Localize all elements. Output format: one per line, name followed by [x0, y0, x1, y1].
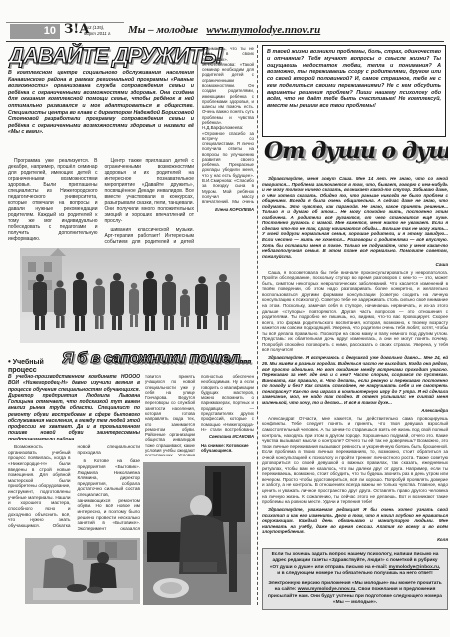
article2-author: Светлана ИСАКОВА	[196, 434, 254, 442]
header-rule	[6, 41, 444, 42]
workshop-photo2-illustration	[25, 538, 140, 604]
article1-photo	[20, 248, 240, 343]
letter-signature: Александра	[262, 408, 448, 414]
email-link: mymolodye@inbox.ru	[389, 565, 439, 570]
article2-body: Возможность организовать учебный процесс…	[8, 444, 140, 534]
article1-author: Елена КОРОЛЕВА	[186, 207, 254, 215]
column-divider	[257, 45, 258, 605]
article2-photo-secondary	[25, 538, 140, 604]
masthead-url: www.mymolodye.nnov.ru	[206, 24, 320, 36]
article1-intro: В комплексном центре социального обслужи…	[8, 70, 194, 154]
workshop-photo-illustration	[143, 462, 251, 605]
article2-paragraph: в Котове на базе предприятия «Бытовик». …	[78, 444, 141, 534]
article2-kicker: • Учебный процесс	[8, 358, 60, 374]
reader-letter: Здравствуйте, меня зовут Саша. Мне 14 ле…	[262, 176, 448, 259]
newspaper-page: 10 З!А №3 (135), март 2011 г. Мы – молод…	[0, 0, 450, 637]
letter-signature: Коля	[262, 537, 448, 543]
masthead: Мы – молодые www.mymolodye.nnov.ru	[128, 24, 358, 36]
article2-column4: полностью обеспечен необходимым. Ну а ес…	[201, 374, 254, 432]
article2-intro: В учебно-производственном комбинате НООО…	[8, 374, 140, 440]
advice-teaser-box: В твоей жизни возникли проблемы, боль, с…	[262, 45, 446, 137]
letter-signature: Саша	[262, 262, 448, 268]
article2-kicker-label: Учебный процесс	[8, 359, 44, 374]
psychologist-answer: Саша, я посоветовала бы тебе вначале про…	[262, 270, 448, 353]
article2-headline: Я б в сапожники пошел...	[62, 350, 257, 368]
reader-letter: Здравствуйте. Я встречаюсь с девушкой уж…	[262, 355, 448, 405]
issue-info: №3 (135), март 2011 г.	[84, 25, 124, 36]
advice-headline: От души о душе!	[264, 138, 448, 164]
masthead-title: Мы – молодые	[128, 24, 198, 36]
footer-site-note: Электронную версию приложения «Мы молоды…	[268, 581, 442, 607]
reader-letter: Здравствуйте, уважаемая редакция! Я бы о…	[262, 507, 448, 535]
article1-body: Программа уже реализуется. В декабре, на…	[8, 158, 194, 246]
kicker-bullet-icon: •	[8, 358, 11, 366]
page-number: 10	[10, 24, 60, 39]
article1-column-rule	[197, 48, 198, 212]
group-photo-illustration	[20, 248, 240, 343]
article1-side-quotes: понимаешь, что ты не один в своих пробле…	[202, 46, 254, 204]
article2-photo-main	[143, 462, 251, 605]
advice-letters: Здравствуйте, меня зовут Саша. Мне 14 ле…	[262, 176, 448, 544]
advice-footer-box: Если ты хочешь задать вопрос нашему псих…	[262, 548, 448, 610]
article2-photo-caption: На снимке: Котовские обучающиеся.	[201, 443, 254, 459]
article1-paragraph: Программа уже реализуется. В декабре, на…	[8, 158, 98, 242]
footer-instructions: Если ты хочешь задать вопрос нашему псих…	[268, 552, 442, 578]
issue-date: март 2011 г.	[84, 31, 124, 37]
article1-paragraph: Центр также приглашал детей с ограниченн…	[105, 158, 195, 224]
article2-column3: товится принять учащихся по новой специа…	[145, 374, 195, 456]
psychologist-answer: Александра! Отчасти, мне кажется, ты дей…	[262, 416, 448, 505]
site-link: www.mymolodye.nnov.ru	[298, 587, 356, 592]
advice-teaser: В твоей жизни возникли проблемы, боль, с…	[267, 49, 441, 110]
caption-label: На снимке:	[201, 443, 225, 448]
